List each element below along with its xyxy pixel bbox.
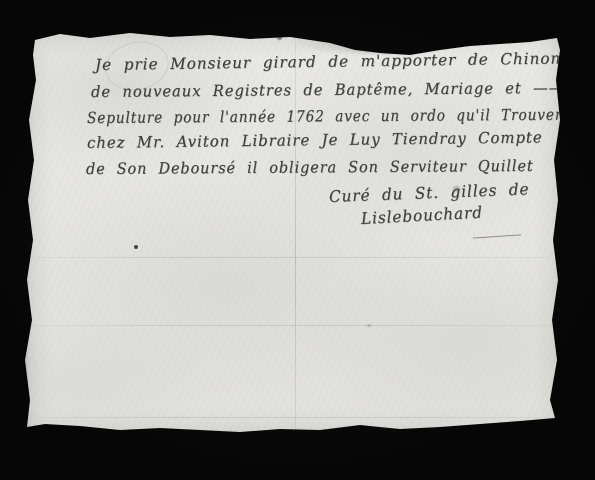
handwriting-line: de nouveaux Registres de Baptême, Mariag… — [91, 79, 580, 101]
handwriting-line: chez Mr. Aviton Libraire Je Luy Tiendray… — [87, 128, 543, 152]
paper-blemish — [367, 324, 371, 327]
horizontal-fold-line — [25, 417, 562, 418]
horizontal-fold-line — [25, 257, 562, 258]
signature-line: Curé du St. gilles de — [329, 179, 530, 206]
handwriting-line: de Son Deboursé il obligera Son Serviteu… — [86, 157, 534, 178]
paper-sheet: Je prie Monsieur girard de m'apporter de… — [25, 30, 562, 438]
ink-speck — [134, 245, 138, 249]
horizontal-fold-line — [25, 325, 562, 326]
paper-blemish — [277, 36, 282, 40]
signature-line: Lislebouchard — [361, 203, 484, 228]
scan-background: Je prie Monsieur girard de m'apporter de… — [0, 0, 595, 480]
handwriting-line: Sepulture pour l'année 1762 avec un ordo… — [87, 106, 571, 127]
signature-flourish — [473, 234, 521, 238]
